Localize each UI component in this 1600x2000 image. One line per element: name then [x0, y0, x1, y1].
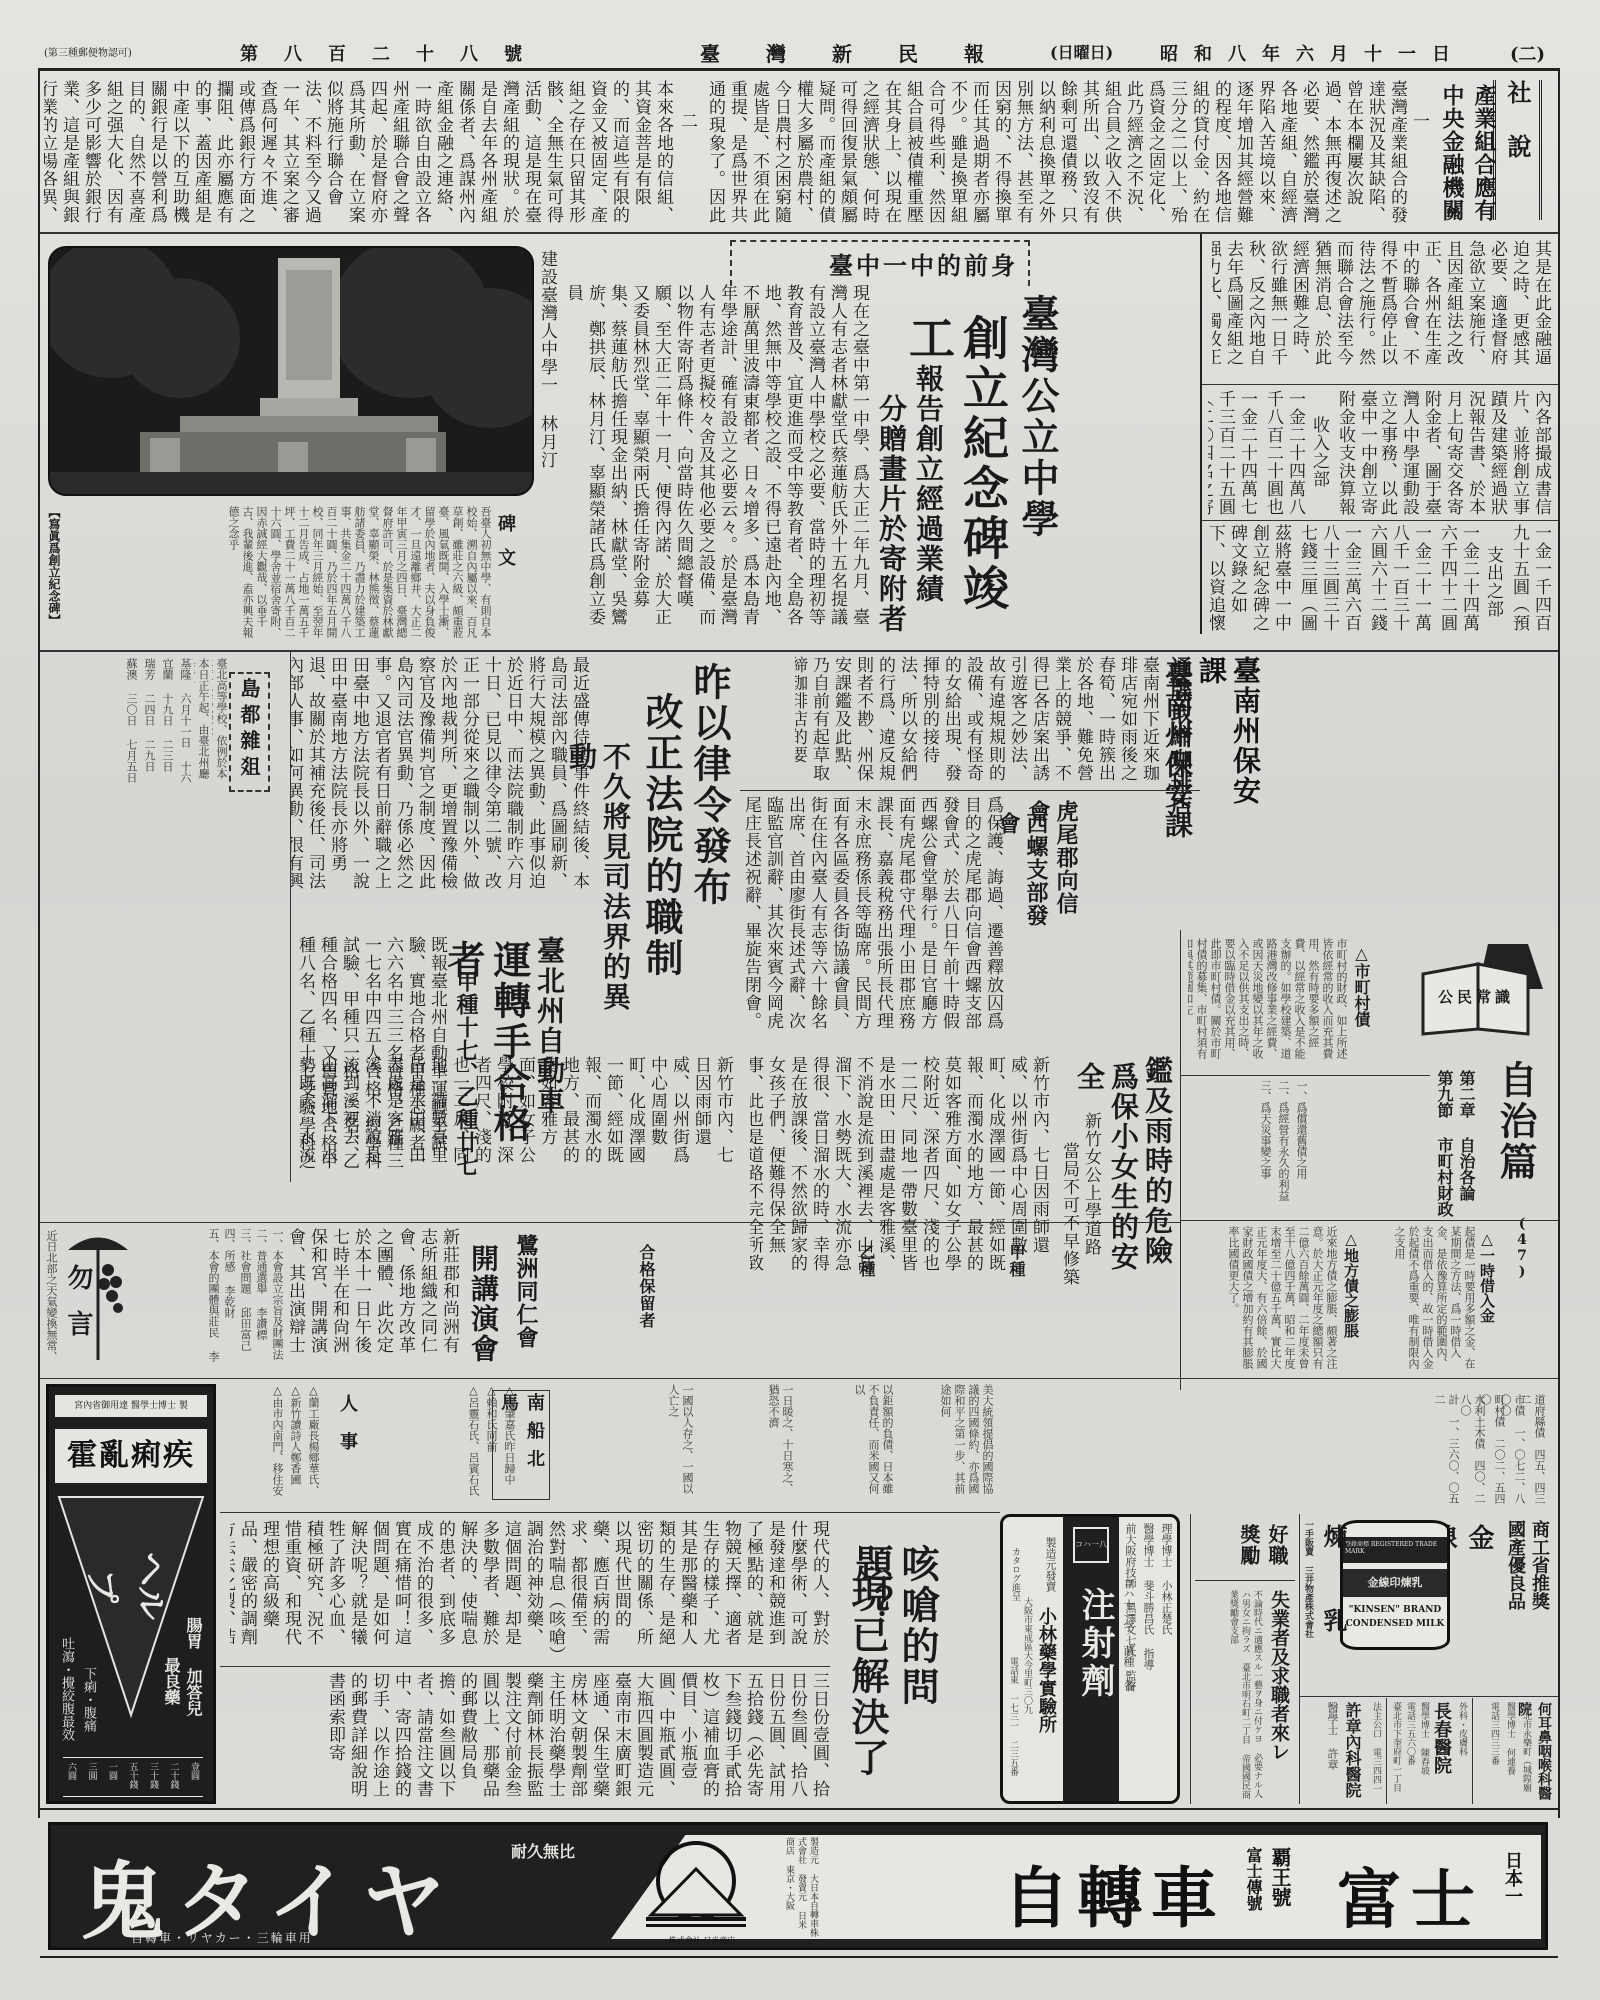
inscription-title: 碑文	[492, 514, 518, 582]
civics-subsection2-text: 起債是一時要用多額之金、在某期間之方法、爲一時借入金、是依豫算所定的範圍內、支出…	[1376, 1226, 1476, 1376]
clinic-cc-specialty: 外科・皮膚科	[1456, 1702, 1468, 1802]
monument-headline-1: 臺灣公立中學	[1014, 294, 1060, 624]
aphorism-box: 勿言 近日北部之天氣變換無常、一日	[42, 1224, 160, 1374]
clinic-hsu-name: 許章內科醫院	[1341, 1702, 1364, 1802]
monument-subhead-2: 分贈畫片於寄附者	[874, 394, 908, 634]
civics-series-title: 自治篇	[1492, 1060, 1538, 1210]
cough-prices: 三日份壹圓、拾日份叁圓、拾八日份五圓、試用五拾錢（必先寄下叁錢切手貳拾枚）這補血…	[230, 1672, 830, 1808]
personnel-item-2: △呂靈石氏、呂賓石氏昨日來北	[466, 1384, 480, 1504]
monument-body: 現在之臺中第一中學、爲大正二年九月、臺灣人有志者林獻堂氏蔡蓮舫氏外十五名提議有設…	[570, 284, 870, 629]
bicycle-footnote: 自轉車・リヤカー・三輪車用	[131, 1929, 313, 1946]
lecture-headline-1: 鷺洲同仁會	[512, 1234, 540, 1374]
court-headline-1: 昨以律令發布	[686, 662, 732, 922]
diamond-notes: 美大統領提倡的國際協議的四國條約、亦爲國際和平之第一步、其前途如何 以鉅額的負債…	[560, 1380, 1000, 1510]
newspaper-page: (第三種郵便物認可) 第八百二十八號 臺灣新民報 (日曜日) 昭和八年六月十一日…	[0, 0, 1600, 2000]
bicycle-model-2: 富士傳號	[1242, 1847, 1265, 1911]
injection-company: 小林藥學實驗所	[1033, 1607, 1059, 1733]
clinic-ad-changchun: 外科・皮膚科 長春醫院 醫學博士 陳春坡 電話三五六〇番 臺北市下奎府町一丁目（…	[1386, 1698, 1472, 1804]
island-news-item-3: 宜蘭 十九日 二三日	[158, 658, 174, 788]
tainan-cafe-article: 臺南州保安課 通牒取締珈琲店 臺南州下近來珈琲店宛如雨後之春筍、一時簇出於各地、…	[790, 652, 1200, 792]
injection-product: 注射劑	[1071, 1587, 1120, 1701]
injection-phone: 電話東 一七三一 二三五番	[1007, 1657, 1019, 1797]
injection-center-band: コハ一八 注射劑	[1063, 1517, 1119, 1801]
lecture-speaker-4: 五、本會的團體與莊民 李燦之	[206, 1228, 220, 1368]
editorial-part2-marker: 二	[676, 112, 698, 142]
rule	[1200, 384, 1558, 385]
expense-label: 支出之部	[1482, 546, 1504, 636]
rule	[40, 1808, 1558, 1810]
page-number: (二)	[1510, 40, 1545, 66]
diamond-note-0: 美大統領提倡的國際協議的四國條約、亦爲國際和平之第一步、其前途如何	[904, 1384, 994, 1504]
employment-headline: 失業者及求職者來レ	[1266, 1590, 1293, 1800]
lecture-speaker-2: 三、社會問題 邱田富己	[238, 1228, 252, 1368]
court-body: 最近盛傳待某事件終結後、本島司法部內職員、爲圖刷新、將行大規模之異動、此事似迫於…	[290, 656, 590, 896]
milk-badge: 商工省推獎	[1526, 1520, 1552, 1610]
cross-icon: コハ一八	[1073, 1527, 1109, 1563]
bicycle-tagline: 耐久無比	[511, 1839, 575, 1862]
milk-badge-2: 國產優良品	[1502, 1520, 1528, 1610]
issue-number: 第八百二十八號	[240, 40, 548, 66]
expense-items-1: 一金三萬六百八十三圓三十七錢三厘（圖書器具寄附及建碑費）	[1296, 524, 1362, 644]
personnel-item-0: △楊肇嘉氏昨日歸中	[502, 1384, 516, 1504]
expense-items-0: 一金二十一萬八千一百三十六圓六十二錢七厘（全部工事費）	[1366, 524, 1432, 644]
injection-doctor-0: 理學博士 小林正楚氏	[1159, 1523, 1173, 1793]
rule	[40, 1956, 1558, 1958]
cough-body: 現代的人、對於什麼學術、可說是發達和競進到了極點的、就是物競天擇、適者生存的樣子…	[230, 1520, 830, 1660]
milk-brand-left: 煉乳	[1316, 1524, 1351, 1692]
rule	[1200, 520, 1558, 521]
civics-table-row-4: 計 一、三六〇、〇五二	[1432, 1394, 1460, 1514]
milk-can-badge: 登錄商標 REGISTERED TRADE MARK	[1345, 1541, 1437, 1555]
rule	[220, 1512, 1000, 1513]
editorial: 社說 產業組合應有 中央金融機關 一 臺灣產業組合的發達狀況及其缺陷、曾在本欄屢…	[40, 72, 1558, 230]
rule	[40, 1222, 1180, 1223]
civics-list-2: 三、爲天災事變之事	[1258, 1080, 1272, 1210]
lecture-speaker-3: 四、所感 李乾財	[222, 1228, 236, 1368]
milk-can-label-en-2: CONDENSED MILK	[1343, 1619, 1447, 1629]
report-intro: 內各部撮成書信片、並將創立事蹟及建築經過狀況報告書、於本月上旬寄交各寄附金者、圖…	[1382, 390, 1552, 518]
clinic-ads: 何耳鼻咽喉科醫院 臺北市永樂町（城隍廟前） 醫學博士 何連養 電話三四三三番 外…	[1300, 1698, 1558, 1804]
price-3: 五十錢	[127, 1762, 140, 1792]
cholera-indications-2: 吐瀉・攪絞腹最效	[57, 1637, 76, 1741]
civics-series-number: (47)	[1514, 1216, 1530, 1280]
aphorism-text: 近日北部之天氣變換無常、一日	[44, 1230, 58, 1370]
kicker: 臺中一中的前身	[829, 246, 1018, 281]
personnel-label-2: 南船北馬	[492, 1390, 550, 1500]
mount-fuji-sun-emblem	[631, 1839, 761, 1935]
monument-author-note: 建設臺灣人中學一 林月汀	[536, 250, 558, 480]
island-news-item-5: 蘇澳 三〇日 七月五日	[122, 658, 138, 788]
driver-names: 甲種 乙種 合格保留者	[580, 1224, 1180, 1374]
personnel-item-1: △賴和氏同前	[484, 1384, 498, 1504]
milk-distributor: 一手販賣 三井物產株式會社	[1300, 1520, 1314, 1680]
island-news-item-0: 臺北高等學校、依例於本年度入學試驗後	[212, 658, 228, 788]
kicker-box: 臺中一中的前身	[730, 240, 1030, 286]
diamond-note-3: 一國以人存之、一國以人亡之	[604, 1384, 694, 1504]
rule	[1180, 1220, 1558, 1221]
rule	[40, 1378, 1558, 1379]
bicycle-ad: 日本一 富士 覇王號 富士傳號 自轉車 製造元 大日本自轉車株式會社 發賣元 日…	[48, 1822, 1548, 1950]
clinic-cc-doctor: 醫學博士 陳春坡	[1418, 1702, 1430, 1802]
price-4: 一圓	[106, 1762, 119, 1792]
clinic-ho-doctor: 醫學博士 何連養	[1504, 1702, 1516, 1802]
clinic-ho-address: 臺北市永樂町（城隍廟前）	[1520, 1702, 1532, 1802]
hsinchu-continued: 新竹市內、七日因雨師還威、以州街爲中心周圍數町、化成澤國一節、經如既報、而濁水的…	[290, 1052, 740, 1182]
report-closing: 茲將臺中一中創立紀念碑之碑文錄之如下、以資追懷的參考。	[1204, 524, 1292, 644]
personnel-column: 南船北馬 人事 △楊肇嘉氏昨日歸中 △賴和氏同前 △呂靈石氏、呂賓石氏昨日來北 …	[220, 1380, 560, 1510]
income-items-1: 一金一千四百九十五圓（預金利息）	[1508, 524, 1552, 644]
weekday: (日曜日)	[1050, 40, 1113, 63]
civics-list-0: 一、爲償還舊債之用	[1294, 1080, 1308, 1210]
civics-chapter: 第二章 自治各論	[1455, 1070, 1478, 1230]
diamond-note-2: 一日暖之、十日寒之、猶恐不濟	[704, 1384, 794, 1504]
editorial-part1-marker: 一	[1408, 112, 1430, 142]
injection-brand-cross: コハ一八	[1075, 1529, 1107, 1561]
cough-ad: 咳嗆的問題？ 現已解決了 現代的人、對於什麼學術、可說是發達和競進到了極點的、就…	[220, 1514, 1000, 1814]
price-6: 六圓	[65, 1762, 78, 1792]
editorial-part1-text: 臺灣產業組合的發達狀況及其缺陷、曾在本欄屢次說過、本無再復述之必要、然鑑於臺灣各…	[708, 80, 1408, 230]
injection-doctor-2: 前大阪府技師 黑澤文七氏 監督	[1123, 1523, 1137, 1793]
injection-ad: コハ一八 注射劑 コハ十一字 菌種 各疾 理學博士 小林正楚氏 醫學博士 斐斗勝…	[1000, 1514, 1180, 1804]
milk-can-label-cn: 金線印煉乳	[1343, 1569, 1447, 1597]
clinic-cc-name: 長春醫院	[1428, 1702, 1454, 1802]
cholera-ad: 宮內省御用達 醫學士博士 製 霍亂痢疾 ヘルプ 腸胃 加答兒 最良藥 下痢・腹痛…	[46, 1384, 216, 1804]
clinic-cc-phone: 電話三五六〇番	[1404, 1702, 1416, 1802]
milk-can-label-en-1: "KINSEN" BRAND	[1343, 1605, 1447, 1615]
monument-article: 臺中一中的前身 臺灣公立中學 創立紀念碑竣工 報告創立經過業績 分贈畫片於寄附者…	[560, 234, 1200, 634]
island-news: 島都雜爼 臺北高等學校、依例於本年度入學試驗後 本日正午起、由臺北州廳舉行、 基…	[40, 652, 290, 1192]
editorial-section-label: 社說	[1493, 80, 1542, 220]
cholera-brand: ヘルプ	[80, 1536, 178, 1636]
milk-can: 登錄商標 REGISTERED TRADE MARK 金線印煉乳 "KINSEN…	[1340, 1520, 1450, 1650]
civics-section: 第九節 市町村財政	[1433, 1070, 1456, 1230]
personnel-item-5: △由市內南門、移住安樂	[270, 1384, 284, 1504]
injection-seller-label: 製造元發賣	[1043, 1537, 1057, 1607]
lecture-body: 新莊郡和尚洲有志所組織之同仁會、係地方改革之團體、此次定於本十一日午後七時半在和…	[290, 1228, 460, 1368]
price-2: 三十錢	[147, 1762, 160, 1792]
cholera-tagline-2: 最良藥	[160, 1657, 183, 1705]
injection-catalog: カタログ進呈	[1009, 1547, 1021, 1627]
injection-address: 大阪市東成區大今里町三〇九	[1021, 1597, 1033, 1797]
masthead: (第三種郵便物認可) 第八百二十八號 臺灣新民報 (日曜日) 昭和八年六月十一日…	[40, 38, 1560, 66]
lecture-headline-2: 開講演會	[466, 1244, 500, 1384]
deferred-label: 合格保留者	[632, 1244, 660, 1329]
tainan-cafe-body: 臺南州下近來珈琲店宛如雨後之春筍、一時簇出於各地、難免營業上的競爭、不得已各店案…	[795, 656, 1160, 788]
civics-subsection3-text: 近來地方債之膨脹、頗著之注意。於大正元年度之總額只有二億六百餘萬圓、二年度未曾至…	[1188, 1226, 1338, 1376]
civics-subsection3-title: △地方債之膨脹	[1341, 1230, 1362, 1338]
cholera-prices: 壹圓 二十錢 三十錢 五十錢 一圓 三圓 六圓	[63, 1757, 203, 1797]
editorial-title-1: 產業組合應有	[1470, 84, 1498, 224]
price-1: 二十錢	[168, 1762, 181, 1792]
clinic-ad-ho: 何耳鼻咽喉科醫院 臺北市永樂町（城隍廟前） 醫學博士 何連養 電話三四三三番	[1472, 1698, 1558, 1804]
masthead-rule	[40, 68, 1560, 71]
grade-b-label: 乙種	[852, 1244, 880, 1278]
subscription-report: 內各部撮成書信片、並將創立事蹟及建築經過狀況報告書、於本月上旬寄交各寄附金者、圖…	[1200, 386, 1558, 648]
issue-date: 昭和八年六月十一日	[1160, 40, 1466, 66]
rule	[1300, 1696, 1558, 1697]
clinic-hsu-doctor: 醫學士 許章	[1324, 1702, 1338, 1802]
civics-label: 公民常識	[1438, 986, 1514, 1007]
personnel-label-1: 人事	[334, 1394, 360, 1470]
clinic-cc-address: 臺北市下奎府町一丁目（天主教堂對面）	[1390, 1702, 1402, 1802]
cholera-tagline-1: 腸胃 加答兒	[182, 1617, 205, 1716]
cholera-indications-1: 下痢・腹痛	[79, 1667, 98, 1732]
island-news-label: 島都雜爼	[229, 672, 270, 792]
report-title: 臺中一中創立寄附金收支決算報告如下。	[1334, 390, 1378, 518]
lecture-speaker-1: 二、普通選舉 李讚標	[254, 1228, 268, 1368]
civics-table-row-3: 水利土木債 四〇、二八〇	[1458, 1394, 1486, 1514]
aphorism-label: 勿言	[60, 1264, 97, 1356]
price-5: 三圓	[86, 1762, 99, 1792]
bicycle-maker-info: 製造元 大日本自轉車株式會社 發賣元 日米商店 東京・大阪	[771, 1837, 819, 1937]
editorial-continued: 其是在此金融逼迫之時、更感其必要、適逢督府急欲立案施行、且因產組法之改正、各州在…	[1200, 234, 1558, 384]
civics-table: 道府縣債 四五、四三二 市債 一、〇七二、八〇〇 町村債 二〇二、五四〇 水利土…	[1250, 1390, 1550, 1520]
cough-headline-2: 現已解決了	[844, 1574, 890, 1794]
photo-caption: 【寫眞爲創立紀念碑】	[46, 506, 63, 646]
clinic-ho-phone: 電話三四三三番	[1488, 1702, 1500, 1802]
bicycle-brand-right: 日本一	[1499, 1851, 1525, 1905]
clinic-hsu-phone: 法主公口 電三四四一	[1370, 1702, 1382, 1802]
injection-doctor-1: 醫學博士 斐斗勝昌氏 指導	[1141, 1523, 1155, 1793]
monument-photo	[48, 246, 534, 496]
inscription-block: 碑文 吾臺人初無中學、有則自本校始、溯自內屬以來、百凡草創、雖莊之六級、頗重蒞臺…	[40, 500, 558, 650]
monument-illustration	[50, 248, 534, 496]
employment-header-2: 獎勵	[1235, 1524, 1263, 1566]
diamond-note-1: 以鉅額的負債、日本雖不負責任、而米國又何以	[804, 1384, 894, 1504]
employment-body: 不論時代ニ適應スル一藝ヲ身ニ付ケヨ 必要ナル人ハ男女ニ拘ラズ 臺北市明石町二丁目…	[1197, 1590, 1263, 1800]
bicycle-product: 自轉車	[1003, 1845, 1225, 1940]
civics-subsection1-text: 市町村的財政、如上所述皆依經常的收入而充其費用、然有時要多額之經費、以經常之收入…	[1188, 938, 1348, 1068]
island-news-item-4: 瑞芳 二四日 二九日	[140, 658, 156, 788]
rule	[1180, 930, 1181, 1390]
bicycle-model-1: 覇王號	[1266, 1847, 1295, 1907]
employment-ad: 好職 獎勵 失業者及求職者來レ 不論時代ニ適應スル一藝ヲ身ニ付ケヨ 必要ナル人ハ…	[1190, 1514, 1300, 1804]
monument-subhead-1: 報告創立經過業績	[911, 364, 945, 634]
clinic-ad-hsu: 法主公口 電三四四一 許章內科醫院 醫學士 許章	[1300, 1698, 1386, 1804]
hsinchu-continued-text: 新竹市內、七日因雨師還威、以州街爲中心周圍數町、化成澤國一節、經如既報、而濁水的…	[294, 1056, 734, 1176]
rule	[740, 790, 1200, 791]
milk-can-top-band: 登錄商標 REGISTERED TRADE MARK	[1343, 1537, 1447, 1563]
civics-list-1: 二、爲經營有永久的利益之事業	[1276, 1080, 1290, 1210]
bicycle-brand-name: 富士	[1337, 1849, 1485, 1941]
bicycle-emblem-caption: 株式會社 日米商店	[647, 1935, 757, 1947]
rule	[1195, 1580, 1295, 1581]
tainan-cafe-headline-1: 臺南州保安課	[1194, 656, 1262, 806]
huwei-body: 爲保護、誨過、遷善釋放囚爲目的之虎尾郡向信會西螺支部發會式、於去八日午前十時假西…	[742, 796, 1194, 1046]
rule	[220, 1666, 830, 1667]
editorial-part2-text: 本來各地的信組、其資金菩是有限的、而這些有限的資金又被固定、產組之存在只留其形骸…	[44, 80, 674, 230]
grade-a-label: 甲種	[1002, 1244, 1030, 1278]
expense-total: 一金二十四萬六千四十二圓五十一錢	[1436, 524, 1480, 644]
civics-emblem: 公民常識	[1418, 934, 1548, 1044]
personnel-item-4: △新竹讀詩人鄭香圃君、昨夜在新竹本町	[288, 1384, 302, 1504]
income-label: 收入之部	[1308, 416, 1330, 516]
lecture-speaker-0: 一、本會設立宗旨及財團法人 李貴選	[270, 1228, 284, 1368]
civics-subsection2-title: △一時借入金	[1477, 1230, 1498, 1323]
lecture-meeting-article: 開講演會 鷺洲同仁會 新莊郡和尚洲有志所組織之同仁會、係地方改革之團體、此次定於…	[160, 1224, 580, 1374]
price-0: 壹圓	[188, 1762, 201, 1792]
page-border-right	[1558, 68, 1560, 1818]
court-headline-2: 改正法院的職制	[638, 692, 684, 1022]
income-total: 一金二十四萬八千八百二十圓也	[1262, 390, 1306, 518]
editorial-title-2: 中央金融機關	[1438, 84, 1466, 224]
island-news-item-2: 基隆 六月十一日 十六日	[176, 658, 192, 788]
huwei-meeting-article: 虎尾郡向信會 西螺支部發會 爲保護、誨過、遷善釋放囚爲目的之虎尾郡向信會西螺支部…	[740, 792, 1200, 1052]
civics-column: 公民常識 自治篇 (47) 第二章 自治各論 第九節 市町村財政 △市町村債 市…	[1180, 930, 1558, 1390]
income-items-0: 一金二十四萬七千三百二十五圓（二〇四名之寄附金）	[1208, 390, 1258, 518]
civics-subsection1-title: △市町村債	[1350, 944, 1373, 1027]
postal-note: (第三種郵便物認可)	[44, 44, 132, 59]
paper-name: 臺灣新民報	[700, 38, 1030, 67]
cholera-headline: 霍亂痢疾	[55, 1429, 207, 1483]
cholera-top-label: 宮內省御用達 醫學士博士 製	[55, 1395, 207, 1417]
employment-header-1: 好職	[1263, 1524, 1291, 1566]
island-news-item-1: 本日正午起、由臺北州廳舉行、	[194, 658, 210, 788]
editorial-part3-text: 其是在此金融逼迫之時、更感其必要、適逢督府急欲立案施行、且因產組法之改正、各州在…	[1212, 240, 1552, 380]
inscription-text: 吾臺人初無中學、有則自本校始、溯自內屬以來、百凡草創、雖莊之六級、頗重蒞臺、風氣…	[72, 506, 492, 646]
rule	[1180, 1075, 1430, 1076]
milk-ad: 商工省推獎 國產優良品 金線 登錄商標 REGISTERED TRADE MAR…	[1300, 1514, 1558, 1694]
personnel-item-3: △蘭工廠長楊鄉華氏、定來廿日發往滿洲視察	[306, 1384, 320, 1504]
